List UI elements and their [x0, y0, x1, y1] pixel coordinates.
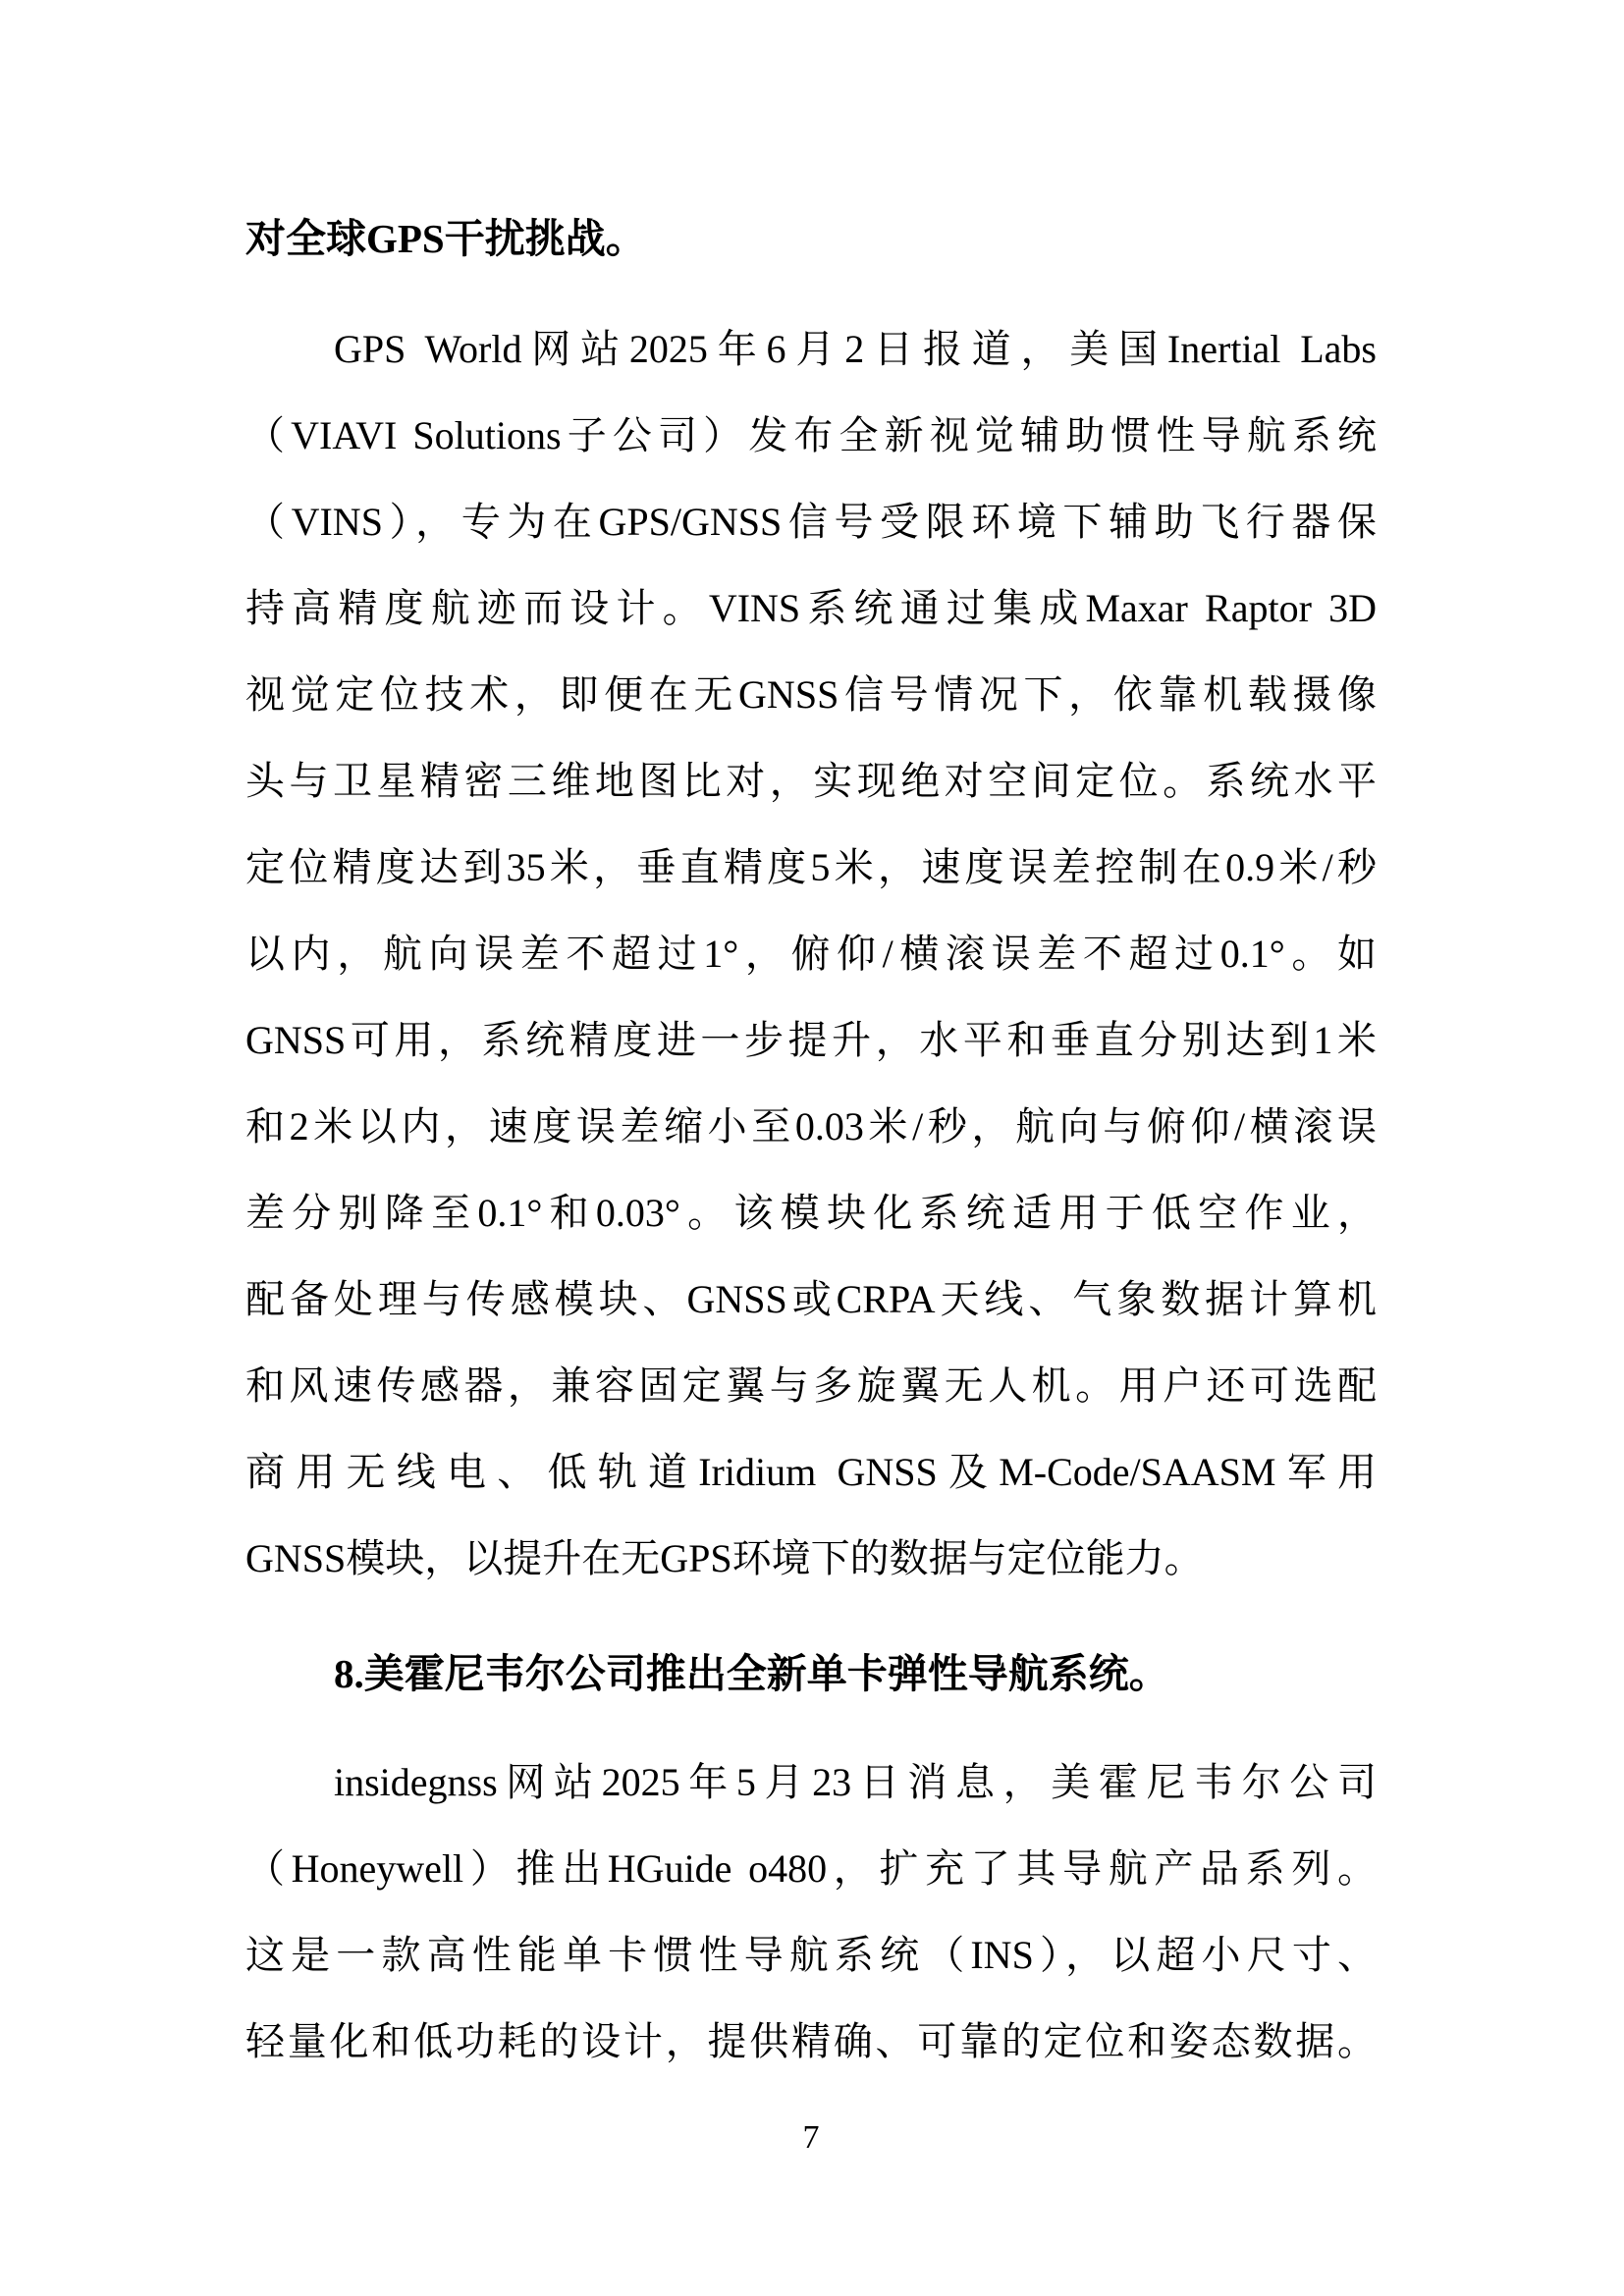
- text-line: 以内，航向误差不超过1°，俯仰/横滚误差不超过0.1°。如: [245, 911, 1377, 997]
- heading-gps-jamming-continuation: 对全球GPS干扰挑战。: [245, 195, 1377, 282]
- text-line: 视觉定位技术，即便在无GNSS信号情况下，依靠机载摄像: [245, 652, 1377, 738]
- text-line: （Honeywell）推出HGuide o480，扩充了其导航产品系列。: [245, 1826, 1377, 1912]
- text-line: （VIAVI Solutions子公司）发布全新视觉辅助惯性导航系统: [245, 393, 1377, 479]
- text-line: GPS World网站2025年6月2日报道，美国Inertial Labs: [245, 306, 1377, 393]
- page-number: 7: [245, 2110, 1377, 2165]
- text-line: GNSS模块，以提升在无GPS环境下的数据与定位能力。: [245, 1516, 1377, 1602]
- text-line: 定位精度达到35米，垂直精度5米，速度误差控制在0.9米/秒: [245, 825, 1377, 911]
- text-line: 这是一款高性能单卡惯性导航系统（INS），以超小尺寸、: [245, 1912, 1377, 1999]
- text-line: 配备处理与传感模块、GNSS或CRPA天线、气象数据计算机: [245, 1256, 1377, 1343]
- text-line: 商用无线电、低轨道Iridium GNSS及M-Code/SAASM军用: [245, 1429, 1377, 1516]
- text-line: 持高精度航迹而设计。VINS系统通过集成Maxar Raptor 3D: [245, 565, 1377, 652]
- text-line: 差分别降至0.1°和0.03°。该模块化系统适用于低空作业，: [245, 1170, 1377, 1256]
- text-line: GNSS可用，系统精度进一步提升，水平和垂直分别达到1米: [245, 997, 1377, 1084]
- document-page: 对全球GPS干扰挑战。 GPS World网站2025年6月2日报道，美国Ine…: [0, 0, 1624, 2296]
- text-line: 和风速传感器，兼容固定翼与多旋翼无人机。用户还可选配: [245, 1343, 1377, 1429]
- text-line: insidegnss网站2025年5月23日消息，美霍尼韦尔公司: [245, 1739, 1377, 1826]
- text-block: 对全球GPS干扰挑战。 GPS World网站2025年6月2日报道，美国Ine…: [245, 195, 1377, 2085]
- text-line: 头与卫星精密三维地图比对，实现绝对空间定位。系统水平: [245, 738, 1377, 825]
- text-line: 轻量化和低功耗的设计，提供精确、可靠的定位和姿态数据。: [245, 1999, 1377, 2085]
- paragraph-vins: GPS World网站2025年6月2日报道，美国Inertial Labs （…: [245, 306, 1377, 1602]
- paragraph-honeywell: insidegnss网站2025年5月23日消息，美霍尼韦尔公司 （Honeyw…: [245, 1739, 1377, 2085]
- heading-section-8-honeywell: 8.美霍尼韦尔公司推出全新单卡弹性导航系统。: [245, 1630, 1377, 1717]
- text-line: （VINS），专为在GPS/GNSS信号受限环境下辅助飞行器保: [245, 479, 1377, 565]
- text-line: 和2米以内，速度误差缩小至0.03米/秒，航向与俯仰/横滚误: [245, 1084, 1377, 1170]
